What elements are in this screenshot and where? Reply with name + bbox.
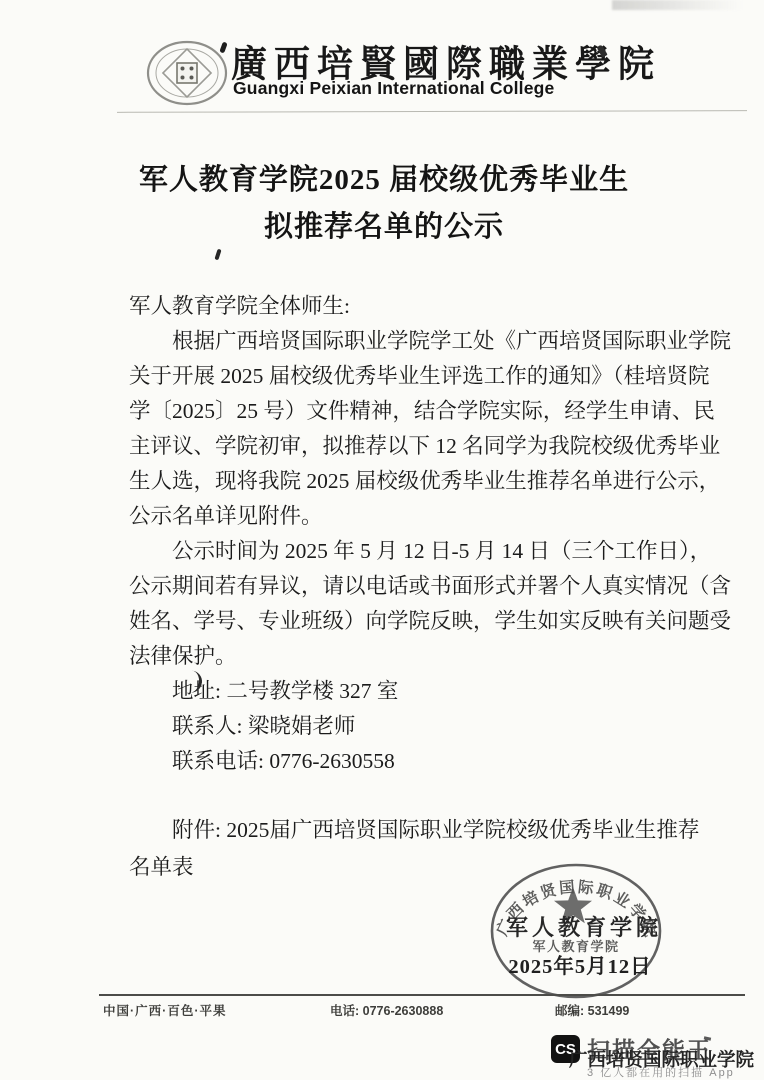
body-line: 姓名、学号、专业班级）向学院反映，学生如实反映有关问题受: [129, 604, 659, 639]
footer-location: 中国·广西·百色·平果: [103, 1001, 227, 1019]
scanned-document-page: 廣西培賢國際職業學院 Guangxi Peixian International…: [0, 0, 764, 1080]
attachment-line1: 附件: 2025届广西培贤国际职业学院校级优秀毕业生推荐: [129, 812, 699, 849]
scan-smudge: [612, 0, 744, 10]
body-line: 主评议、学院初审，拟推荐以下 12 名同学为我院校级优秀毕业: [129, 429, 659, 464]
page-footer: 中国·广西·百色·平果 电话: 0776-2630888 邮编: 531499: [99, 1001, 745, 1019]
document-title-line2: 拟推荐名单的公示: [108, 204, 660, 251]
body-line: 生人选，现将我院 2025 届校级优秀毕业生推荐名单进行公示，: [129, 464, 659, 499]
body-line: 学〔2025〕25 号）文件精神，结合学院实际，经学生申请、民: [129, 394, 659, 429]
document-title: 军人教育学院2025 届校级优秀毕业生 拟推荐名单的公示: [108, 157, 660, 251]
college-name-en: Guangxi Peixian International College: [233, 78, 555, 99]
body-line: 公示名单详见附件。: [129, 499, 659, 534]
body-line: 联系电话: 0776-2630558: [129, 744, 659, 779]
body-line: 法律保护。: [129, 639, 659, 674]
document-body: 军人教育学院全体师生: 根据广西培贤国际职业学院学工处《广西培贤国际职业学院 关…: [129, 289, 659, 779]
body-line: 地址: 二号教学楼 327 室: [129, 674, 659, 709]
header-divider: [117, 110, 747, 113]
body-line: 军人教育学院全体师生:: [129, 289, 659, 324]
body-line: 公示期间若有异议，请以电话或书面形式并署个人真实情况（含: [129, 569, 659, 604]
signature-department: 军人教育学院: [502, 911, 666, 942]
footer-divider: [99, 994, 745, 996]
body-line: 联系人: 梁晓娟老师: [129, 709, 659, 744]
body-line: 根据广西培贤国际职业学院学工处《广西培贤国际职业学院: [129, 324, 659, 359]
footer-postcode: 邮编: 531499: [555, 1001, 629, 1019]
body-line: 关于开展 2025 届校级优秀毕业生评选工作的通知》（桂培贤院: [129, 359, 659, 394]
college-emblem-icon: [145, 39, 229, 107]
body-line: 公示时间为 2025 年 5 月 12 日-5 月 14 日（三个工作日），: [129, 534, 659, 569]
document-title-line1: 军人教育学院2025 届校级优秀毕业生: [108, 157, 660, 204]
watermark-tagline: 3 亿人都在用的扫描 App: [587, 1064, 735, 1080]
footer-phone: 电话: 0776-2630888: [330, 1001, 443, 1019]
signature-date: 2025年5月12日: [498, 949, 662, 979]
